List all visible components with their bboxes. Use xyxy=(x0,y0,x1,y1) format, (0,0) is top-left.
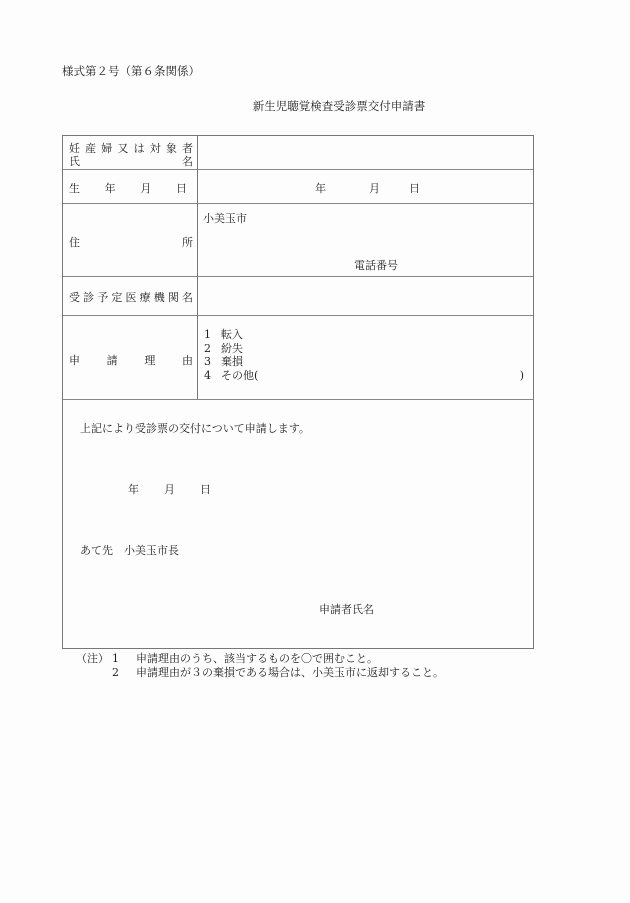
notes-prefix: （注） xyxy=(76,652,112,666)
row-divider xyxy=(63,169,533,170)
column-divider xyxy=(197,136,198,399)
medical-institution-label: 受 診 予 定 医 療 機 関 名 xyxy=(69,289,193,305)
row-divider xyxy=(63,203,533,204)
address-label: 住 所 xyxy=(69,234,193,250)
addressee: あて先 小美玉市長 xyxy=(80,542,179,558)
reason-option[interactable]: 1転入 xyxy=(204,328,524,342)
form-number: 様式第２号（第６条関係） xyxy=(62,63,200,79)
birthdate-field[interactable]: 年 月 日 xyxy=(199,171,532,202)
reason-option[interactable]: 3棄損 xyxy=(204,355,524,369)
applicant-name-label: 申請者氏名 xyxy=(319,601,374,617)
name-label-line2: 氏 名 xyxy=(69,153,193,169)
document-title: 新生児聴覚検査受診票交付申請書 xyxy=(0,98,630,114)
row-divider xyxy=(63,315,533,316)
reason-label: 申 請 理 由 xyxy=(69,352,193,368)
row-divider xyxy=(63,276,533,277)
reason-option[interactable]: 2紛失 xyxy=(204,342,524,356)
reason-option-other[interactable]: 4その他( ) xyxy=(204,369,524,383)
birthdate-label: 生 年 月 日 xyxy=(69,180,187,196)
reason-list: 1転入 2紛失 3棄損 4その他( ) xyxy=(204,328,524,382)
application-year-unit: 年 xyxy=(128,481,139,497)
notes: （注） 1 申請理由のうち、該当するものを〇で囲むこと。 2 申請理由が３の棄損… xyxy=(76,652,444,680)
application-form-table: 妊 産 婦 又 は 対 象 者 氏 名 生 年 月 日 年 月 日 住 所 小美… xyxy=(62,135,534,649)
birth-day-unit: 日 xyxy=(409,180,420,196)
birth-month-unit: 月 xyxy=(369,180,380,196)
name-field[interactable] xyxy=(199,137,532,168)
medical-institution-field[interactable] xyxy=(199,278,532,314)
declaration-statement: 上記により受診票の交付について申請します。 xyxy=(80,420,310,436)
application-month-unit: 月 xyxy=(164,481,175,497)
birth-year-unit: 年 xyxy=(315,180,326,196)
applicant-name-field[interactable] xyxy=(383,596,523,618)
application-day-unit: 日 xyxy=(200,481,211,497)
address-field[interactable]: 小美玉市 電話番号 xyxy=(199,205,532,275)
phone-label: 電話番号 xyxy=(354,257,398,273)
address-city: 小美玉市 xyxy=(203,210,247,226)
note-item: 2 申請理由が３の棄損である場合は、小美玉市に返却すること。 xyxy=(76,666,444,680)
row-divider xyxy=(63,399,533,400)
note-item: （注） 1 申請理由のうち、該当するものを〇で囲むこと。 xyxy=(76,652,444,666)
